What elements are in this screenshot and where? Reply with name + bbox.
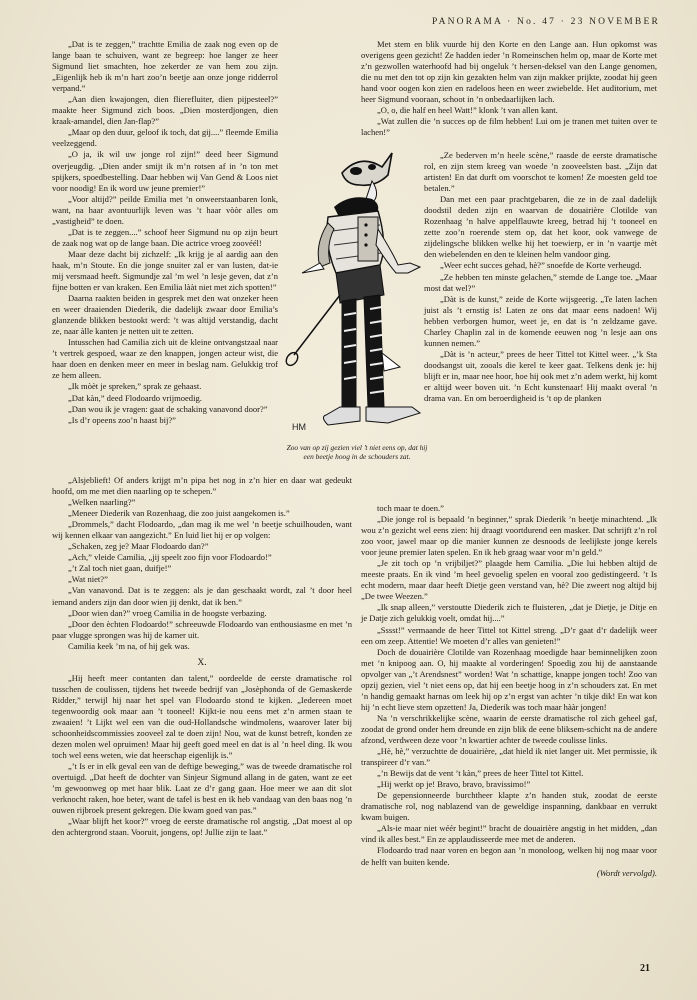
page-number: 21 — [640, 963, 650, 974]
paragraph: „Dat kàn,” deed Flodoardo vrijmoedig. — [52, 393, 278, 404]
paragraph: „Ach,” vleide Camilia, „jij speelt zoo f… — [52, 552, 352, 563]
section-heading: X. — [52, 658, 352, 669]
paragraph: „Die jonge rol is bepaald ’n beginner,” … — [361, 514, 657, 558]
paragraph: „Dan wou ik je vragen: gaat de schaking … — [52, 404, 278, 415]
paragraph: De gepensionneerde burchtheer klapte z’n… — [361, 790, 657, 823]
paragraph: „Hè, hè,” verzuchtte de douairière, „dat… — [361, 746, 657, 768]
paragraph: „Hij heeft meer contanten dan talent,” o… — [52, 673, 352, 761]
right-column-bottom: toch maar te doen.”„Die jonge rol is bep… — [361, 503, 657, 879]
paragraph: „Weer echt succes gehad, hè?” snoefde de… — [424, 260, 657, 271]
paragraph: toch maar te doen.” — [361, 503, 657, 514]
paragraph: Maar deze dacht bij zichzelf: „Ik krijg … — [52, 249, 278, 293]
paragraph: Intusschen had Camilia zich uit de klein… — [52, 337, 278, 381]
to-be-continued: (Wordt vervolgd). — [597, 868, 657, 879]
magazine-page: PANORAMA · No. 47 · 23 NOVEMBER „Dat is … — [0, 0, 697, 1000]
paragraph: „Is d’r opeens zoo’n haast bij?” — [52, 415, 278, 426]
paragraph: „Hij werkt op je! Bravo, bravo, bravissi… — [361, 779, 657, 790]
left-column-top: „Dat is te zeggen,” trachtte Emilia de z… — [52, 39, 278, 426]
paragraph: „Aan dien kwajongen, dien flierefluiter,… — [52, 94, 278, 127]
paragraph: Doch de douairière Clotilde van Rozenhaa… — [361, 647, 657, 713]
paragraph: „Voor altijd?” peilde Emilia met ’n onwe… — [52, 194, 278, 227]
paragraph: „Dàt is de kunst,” zeide de Korte wijsge… — [424, 294, 657, 349]
right-column-top: Met stem en blik vuurde hij den Korte en… — [361, 39, 657, 138]
illustrator-signature: HM — [292, 422, 306, 432]
paragraph: „O ja, ik wil uw jonge rol zijn!” deed h… — [52, 149, 278, 193]
paragraph: „Je zit toch op ’n vrijbiljet?” plaagde … — [361, 558, 657, 602]
paragraph: „Ik mòèt je spreken,” sprak ze gehaast. — [52, 381, 278, 392]
paragraph: „Van vanavond. Dat is te zeggen: als je … — [52, 585, 352, 607]
right-column-wrap: „Ze bederven m’n heele scène,” raasde de… — [424, 150, 657, 404]
paragraph: „Ze bederven m’n heele scène,” raasde de… — [424, 150, 657, 194]
paragraph: „Door wien dan?” vroeg Camilia in de hoo… — [52, 608, 352, 619]
paragraph: „Schaken, zeg je? Maar Flodoardo dan?” — [52, 541, 352, 552]
running-head: PANORAMA · No. 47 · 23 NOVEMBER — [360, 17, 660, 27]
left-column-bottom: „Alsjeblieft! Of anders krijgt m’n pipa … — [52, 475, 352, 839]
illustration-caption: Zoo van op zij gezien viel ’t niet eens … — [282, 443, 432, 461]
paragraph: Na ’n verschrikkelijke scène, waarin de … — [361, 713, 657, 746]
paragraph: „Welken naarling?” — [52, 497, 352, 508]
section-x-paragraphs: „Hij heeft meer contanten dan talent,” o… — [52, 673, 352, 839]
paragraph: „Sssst!” vermaande de heer Tittel tot Ki… — [361, 625, 657, 647]
paragraph: Flodoardo trad naar voren en begon aan ’… — [361, 845, 657, 867]
paragraph: „’t Zal toch niet gaan, duifje!” — [52, 563, 352, 574]
paragraph: „Alsjeblieft! Of anders krijgt m’n pipa … — [52, 475, 352, 497]
paragraph: „Meneer Diederik van Rozenhaag, die zoo … — [52, 508, 352, 519]
right-column-bottom-paragraphs: toch maar te doen.”„Die jonge rol is bep… — [361, 503, 657, 868]
paragraph: „Drommels,” dacht Flodoardo, „dan mag ik… — [52, 519, 352, 541]
paragraph: „Maar op den duur, geloof ik toch, dat g… — [52, 127, 278, 149]
left-column-bottom-paragraphs: „Alsjeblieft! Of anders krijgt m’n pipa … — [52, 475, 352, 652]
paragraph: „O, o, die half en heel Watt!” klonk ’t … — [361, 105, 657, 116]
paragraph: „Door den èchten Flodoardo!” schreeuwde … — [52, 619, 352, 641]
knight-illustration: HM — [280, 145, 430, 440]
paragraph: „Ze hebben ten minste gelachen,” stemde … — [424, 272, 657, 294]
paragraph: Met stem en blik vuurde hij den Korte en… — [361, 39, 657, 105]
paragraph: „Dàt is ’n acteur,” prees de heer Tittel… — [424, 349, 657, 404]
paragraph: Daarna raakten beiden in gesprek met den… — [52, 293, 278, 337]
paragraph: Dan met een paar prachtgebaren, die ze i… — [424, 194, 657, 260]
paragraph: Camilia keek ’m na, of hij gek was. — [52, 641, 352, 652]
paragraph: „Wat zullen die ’n succes op de film heb… — [361, 116, 657, 138]
paragraph: „Wat niet?” — [52, 574, 352, 585]
paragraph: „Ik snap alleen,” verstoutte Diederik zi… — [361, 602, 657, 624]
paragraph: „Als-ie maar niet wéér begint!” bracht d… — [361, 823, 657, 845]
paragraph: „’t Is er in elk geval een van de deftig… — [52, 761, 352, 816]
paragraph: „Dat is te zeggen....” schoof heer Sigmu… — [52, 227, 278, 249]
paragraph: „’n Bewijs dat de vent ’t kàn,” prees de… — [361, 768, 657, 779]
paragraph: „Dat is te zeggen,” trachtte Emilia de z… — [52, 39, 278, 94]
paragraph: „Waar blijft het koor?” vroeg de eerste … — [52, 816, 352, 838]
